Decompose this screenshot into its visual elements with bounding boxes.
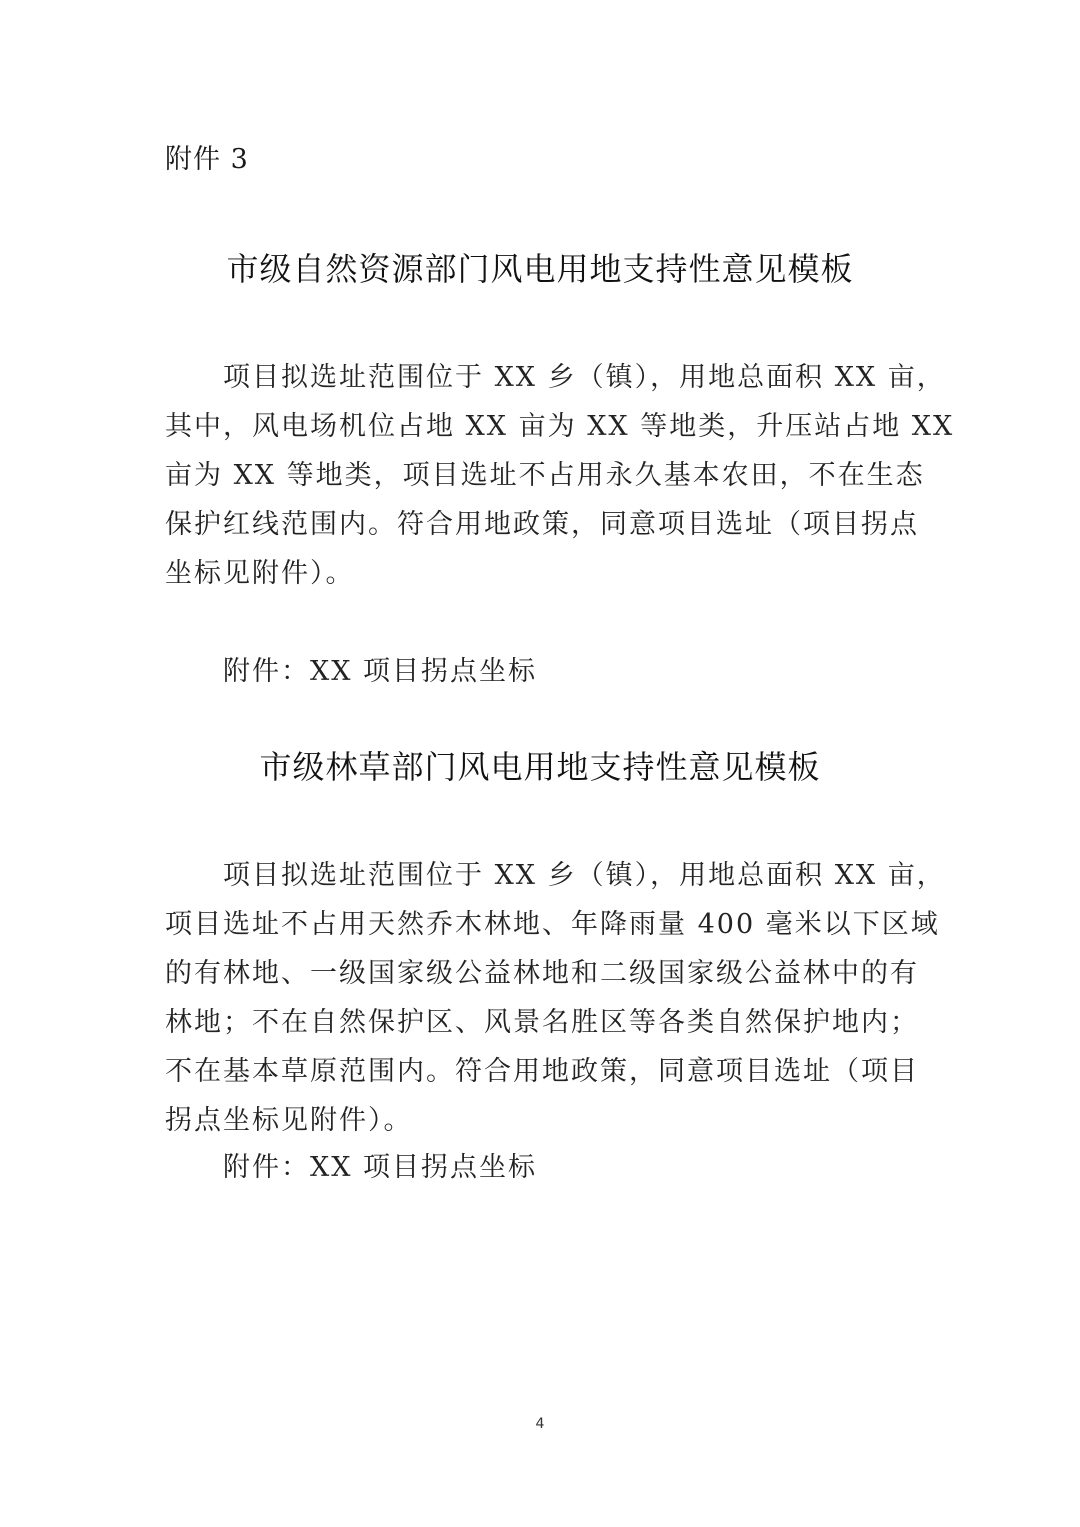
body-line: 坐标见附件）。 bbox=[165, 549, 917, 598]
section-title-forestry-grassland: 市级林草部门风电用地支持性意见模板 bbox=[0, 745, 1080, 789]
page-number: 4 bbox=[0, 1416, 1080, 1432]
attachment-note-natural-resources: 附件：XX 项目拐点坐标 bbox=[223, 652, 537, 692]
body-line: 其中，风电场机位占地 XX 亩为 XX 等地类，升压站占地 XX bbox=[165, 402, 917, 451]
body-line: 拐点坐标见附件）。 bbox=[165, 1096, 917, 1145]
attachment-label: 附件 3 bbox=[165, 140, 249, 180]
body-line: 项目拟选址范围位于 XX 乡（镇），用地总面积 XX 亩， bbox=[165, 353, 917, 402]
attachment-note-forestry-grassland: 附件：XX 项目拐点坐标 bbox=[223, 1148, 537, 1188]
document-page: 附件 3 市级自然资源部门风电用地支持性意见模板 项目拟选址范围位于 XX 乡（… bbox=[0, 0, 1080, 1527]
body-line: 的有林地、一级国家级公益林地和二级国家级公益林中的有 bbox=[165, 949, 917, 998]
section-title-natural-resources: 市级自然资源部门风电用地支持性意见模板 bbox=[0, 247, 1080, 291]
body-line: 不在基本草原范围内。符合用地政策，同意项目选址（项目 bbox=[165, 1047, 917, 1096]
body-line: 保护红线范围内。符合用地政策，同意项目选址（项目拐点 bbox=[165, 500, 917, 549]
body-line: 林地；不在自然保护区、风景名胜区等各类自然保护地内； bbox=[165, 998, 917, 1047]
section-body-natural-resources: 项目拟选址范围位于 XX 乡（镇），用地总面积 XX 亩， 其中，风电场机位占地… bbox=[165, 353, 917, 598]
body-line: 项目拟选址范围位于 XX 乡（镇），用地总面积 XX 亩， bbox=[165, 851, 917, 900]
section-body-forestry-grassland: 项目拟选址范围位于 XX 乡（镇），用地总面积 XX 亩， 项目选址不占用天然乔… bbox=[165, 851, 917, 1145]
body-line: 项目选址不占用天然乔木林地、年降雨量 400 毫米以下区域 bbox=[165, 900, 917, 949]
body-line: 亩为 XX 等地类，项目选址不占用永久基本农田，不在生态 bbox=[165, 451, 917, 500]
